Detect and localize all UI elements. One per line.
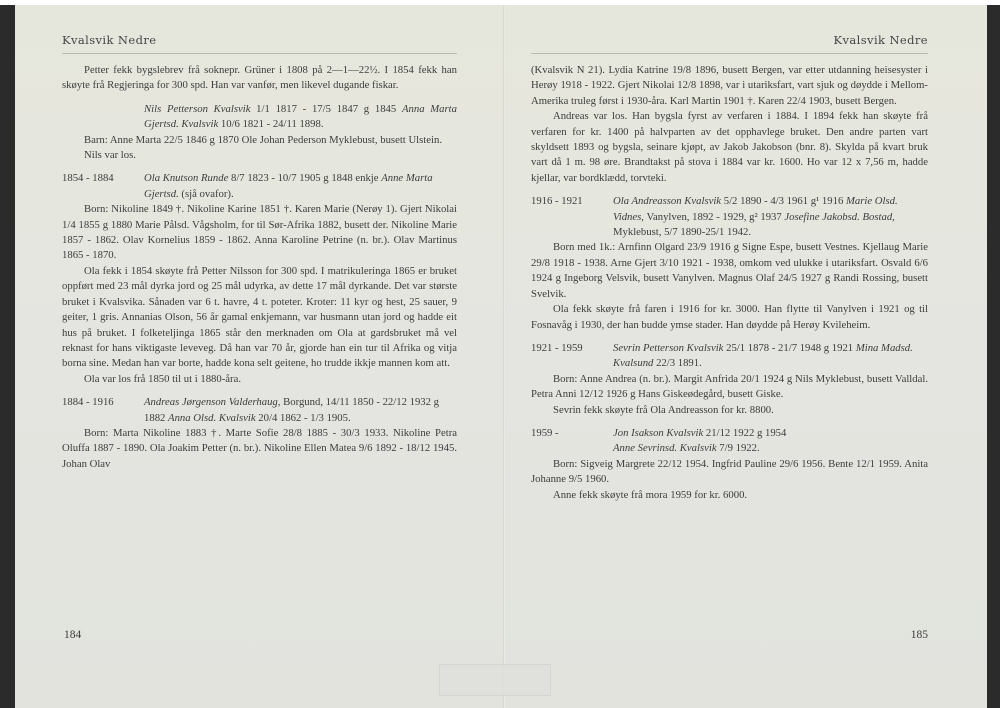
paragraph: Anne fekk skøyte frå mora 1959 for kr. 6… (531, 488, 928, 503)
page-number-right: 185 (911, 629, 928, 641)
owner-name: Andreas Jørgenson Valderhaug (144, 396, 278, 408)
owner-name: Jon Isakson Kvalsvik (613, 427, 703, 439)
owner-years: 1916 - 1921 (531, 194, 613, 240)
owner-years: 1884 - 1916 (62, 395, 144, 426)
page-number-left: 184 (64, 629, 81, 641)
owner-years: 1921 - 1959 (531, 341, 613, 372)
spouse-name: Josefine Jakobsd. Bostad (784, 211, 892, 223)
spouse-name: Anne Sevrinsd. Kvalsvik (613, 442, 717, 454)
running-head-left: Kvalsvik Nedre (62, 33, 156, 47)
children-paragraph: Born: Nikoline 1849 †. Nikoline Karine 1… (62, 202, 457, 264)
owner-name: Ola Knutson Runde (144, 172, 228, 184)
paragraph: Ola fekk skøyte frå faren i 1916 for kr.… (531, 302, 928, 333)
book-spread: Kvalsvik Nedre Petter fekk bygslebrev fr… (15, 5, 987, 708)
owner-name: Ola Andreasson Kvalsvik (613, 195, 721, 207)
paragraph: Ola fekk i 1854 skøyte frå Petter Nilsso… (62, 264, 457, 372)
spouse-name: Anna Olsd. Kvalsvik (168, 412, 256, 424)
left-page: Kvalsvik Nedre Petter fekk bygslebrev fr… (62, 5, 457, 708)
running-head-right: Kvalsvik Nedre (834, 33, 928, 47)
children-paragraph: Barn: Anne Marta 22/5 1846 g 1870 Ole Jo… (62, 133, 457, 148)
owner-name: Sevrin Petterson Kvalsvik (613, 342, 723, 354)
paragraph: Sevrin fekk skøyte frå Ola Andreasson fo… (531, 403, 928, 418)
children-paragraph: Born med 1k.: Arnfinn Olgard 23/9 1916 g… (531, 240, 928, 302)
owner-entry: 1884 - 1916 Andreas Jørgenson Valderhaug… (62, 395, 457, 426)
book-spine (503, 5, 505, 708)
owner-entry: 1921 - 1959 Sevrin Petterson Kvalsvik 25… (531, 341, 928, 372)
owner-years: 1959 - (531, 426, 613, 457)
scan-artifact-tab (439, 664, 551, 696)
children-paragraph: Born: Marta Nikoline 1883 †. Marte Sofie… (62, 426, 457, 472)
right-page-body: (Kvalsvik N 21). Lydia Katrine 19/8 1896… (531, 63, 928, 503)
header-rule (531, 53, 928, 54)
paragraph: Andreas var los. Han bygsla fyrst av ver… (531, 109, 928, 186)
person-entry: Nils Petterson Kvalsvik 1/1 1817 - 17/5 … (62, 102, 457, 133)
children-paragraph: Born: Anne Andrea (n. br.). Margit Anfri… (531, 372, 928, 403)
left-page-body: Petter fekk bygslebrev frå soknepr. Grün… (62, 63, 457, 472)
paragraph: Nils var los. (62, 148, 457, 163)
children-paragraph: Born: Sigveig Margrete 22/12 1954. Ingfr… (531, 457, 928, 488)
owner-entry: 1854 - 1884 Ola Knutson Runde 8/7 1823 -… (62, 171, 457, 202)
paragraph: (Kvalsvik N 21). Lydia Katrine 19/8 1896… (531, 63, 928, 109)
paragraph: Ola var los frå 1850 til ut i 1880-åra. (62, 372, 457, 387)
right-page: Kvalsvik Nedre (Kvalsvik N 21). Lydia Ka… (531, 5, 928, 708)
header-rule (62, 53, 457, 54)
person-name: Nils Petterson Kvalsvik (144, 103, 250, 115)
owner-entry: 1959 - Jon Isakson Kvalsvik 21/12 1922 g… (531, 426, 928, 457)
paragraph: Petter fekk bygslebrev frå soknepr. Grün… (62, 63, 457, 94)
owner-years: 1854 - 1884 (62, 171, 144, 202)
owner-entry: 1916 - 1921 Ola Andreasson Kvalsvik 5/2 … (531, 194, 928, 240)
